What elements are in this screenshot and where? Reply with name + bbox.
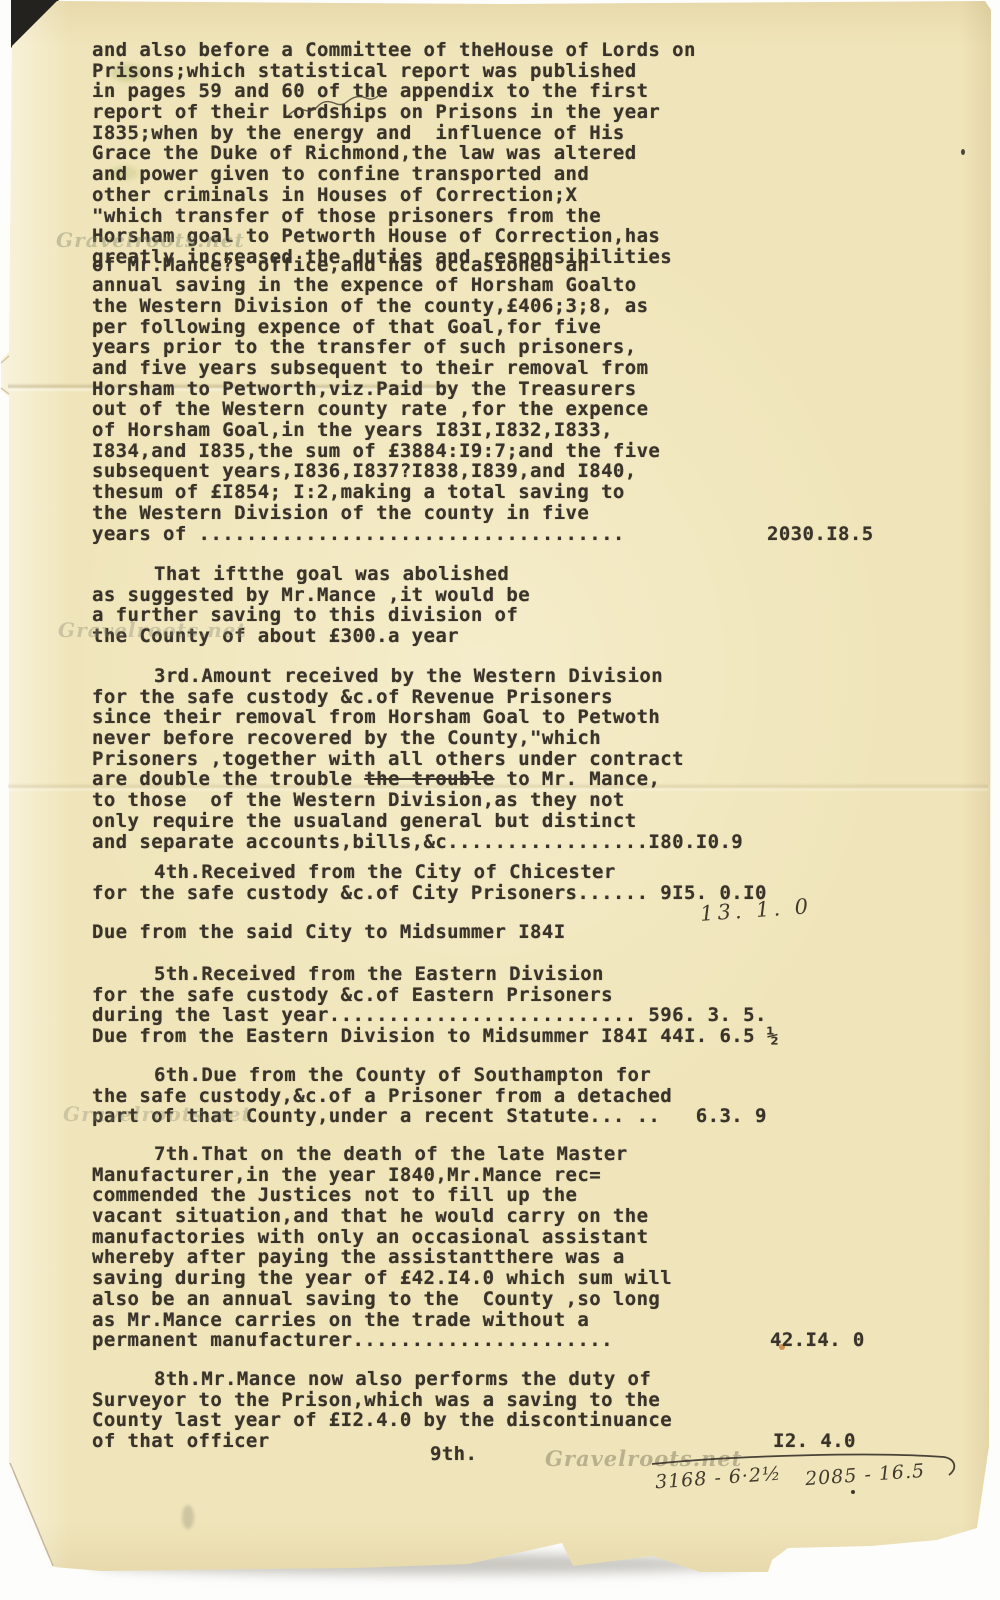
typed-line: in pages 59 and 60 of the appendix to th… [92,81,696,102]
item-8th: 8th.Mr.Mance now also performs the duty … [92,1369,672,1452]
typed-line: Due from the said City to Midsummer I84I [92,922,566,943]
typed-line: 4th.Received from the City of Chicester [92,862,767,883]
typed-line: Horsham goal to Petworth House of Correc… [92,226,696,247]
typed-line: during the last year....................… [92,1005,779,1026]
typed-line: out of the Western county rate ,for the … [92,399,696,420]
typed-line: I835;when by the energy and influence of… [92,123,696,144]
typed-line: the Western Division of the county in fi… [92,503,696,524]
typed-line: 8th.Mr.Mance now also performs the duty … [92,1369,672,1390]
city-due-line: Due from the said City to Midsummer I84I [92,922,566,943]
typed-line: of Horsham Goal,in the years I83I,I832,I… [92,420,696,441]
ink-dot [851,1490,855,1494]
typed-line: report of their Lordships on Prisons in … [92,102,696,123]
paper-speck [961,149,965,155]
struck-out-text: the trouble [364,768,494,790]
typed-line: "which transfer of those prisoners from … [92,206,696,227]
pencil-mark [182,1505,194,1529]
typed-line: permanent manufacturer..................… [92,1330,672,1351]
typed-line: of Mr.Mance?s office,and has occasioned … [92,255,696,276]
typed-line: manufactories with only an occasional as… [92,1227,672,1248]
typed-line: part of that County,under a recent Statu… [92,1106,767,1127]
typed-line: 3rd.Amount received by the Western Divis… [92,666,743,687]
typed-line: per following expence of that Goal,for f… [92,317,696,338]
typed-line: 6th.Due from the County of Southampton f… [92,1065,767,1086]
typed-line: only require the usualand general but di… [92,811,743,832]
typed-line: and power given to confine transported a… [92,164,696,185]
item-6th: 6th.Due from the County of Southampton f… [92,1065,767,1127]
item-4th: 4th.Received from the City of Chicesterf… [92,862,767,903]
typed-line: vacant situation,and that he would carry… [92,1206,672,1227]
typed-line: That iftthe goal was abolished [92,564,530,585]
typed-line: and separate accounts,bills,&c..........… [92,832,743,853]
scanned-document: and also before a Committee of theHouse … [0,0,1000,1600]
typed-line: years of ...............................… [92,524,696,545]
typed-line: Prisoners ,together with all others unde… [92,749,743,770]
typed-line: as Mr.Mance carries on the trade without… [92,1310,672,1331]
typed-line: as suggested by Mr.Mance ,it would be [92,585,530,606]
typed-line: the County of about £300.a year [92,626,530,647]
typed-line: Due from the Eastern Division to Midsumm… [92,1026,779,1047]
typed-line: to those of the Western Division,as they… [92,790,743,811]
typed-line: saving during the year of £42.I4.0 which… [92,1268,672,1289]
typed-line: other criminals in Houses of Correction;… [92,185,696,206]
item-7th: 7th.That on the death of the late Master… [92,1144,672,1351]
typed-line: for the safe custody &c.of City Prisoner… [92,883,767,904]
typed-line: the safe custody,&c.of a Prisoner from a… [92,1086,767,1107]
typed-line: subsequent years,I836,I837?I838,I839,and… [92,461,696,482]
typed-line: since their removal from Horsham Goal to… [92,707,743,728]
typed-line: County last year of £I2.4.0 by the disco… [92,1410,672,1431]
typed-line: and five years subsequent to their remov… [92,358,696,379]
typed-line: for the safe custody &c.of Revenue Priso… [92,687,743,708]
typed-line: for the safe custody &c.of Eastern Priso… [92,985,779,1006]
typed-line: are double the trouble the trouble to Mr… [92,769,743,790]
typed-line: Horsham to Petworth,viz.Paid by the Trea… [92,379,696,400]
amount-value: 2030.I8.5 [767,524,874,545]
amount-value: 42.I4. 0 [770,1330,865,1351]
typed-line: the Western Division of the county,£406;… [92,296,696,317]
typed-line: commended the Justices not to fill up th… [92,1185,672,1206]
typed-line: a further saving to this division of [92,605,530,626]
ninth-item-heading: 9th. [430,1443,477,1465]
typed-line: and also before a Committee of theHouse … [92,40,696,61]
typed-line: Grace the Duke of Richmond,the law was a… [92,143,696,164]
item-5th: 5th.Received from the Eastern Divisionfo… [92,964,779,1047]
typed-line: 7th.That on the death of the late Master [92,1144,672,1165]
second-paragraph: That iftthe goal was abolishedas suggest… [92,564,530,647]
typed-line: years prior to the transfer of such pris… [92,337,696,358]
opening-paragraph: and also before a Committee of theHouse … [92,40,696,544]
item-3rd: 3rd.Amount received by the Western Divis… [92,666,743,852]
typed-line: annual saving in the expence of Horsham … [92,275,696,296]
typed-line: Manufacturer,in the year I840,Mr.Mance r… [92,1165,672,1186]
amount-value: I2. 4.0 [773,1431,856,1452]
typed-line: I834,and I835,the sum of £3884:I9:7;and … [92,441,696,462]
typed-line: of that officerI2. 4.0 [92,1431,672,1452]
typed-line: whereby after paying the assistantthere … [92,1247,672,1268]
typed-line: Prisons;which statistical report was pub… [92,61,696,82]
typed-line: thesum of £I854; I:2,making a total savi… [92,482,696,503]
typed-line: 5th.Received from the Eastern Division [92,964,779,985]
typed-line: never before recovered by the County,"wh… [92,728,743,749]
typed-line: also be an annual saving to the County ,… [92,1289,672,1310]
typed-line: Surveyor to the Prison,which was a savin… [92,1390,672,1411]
